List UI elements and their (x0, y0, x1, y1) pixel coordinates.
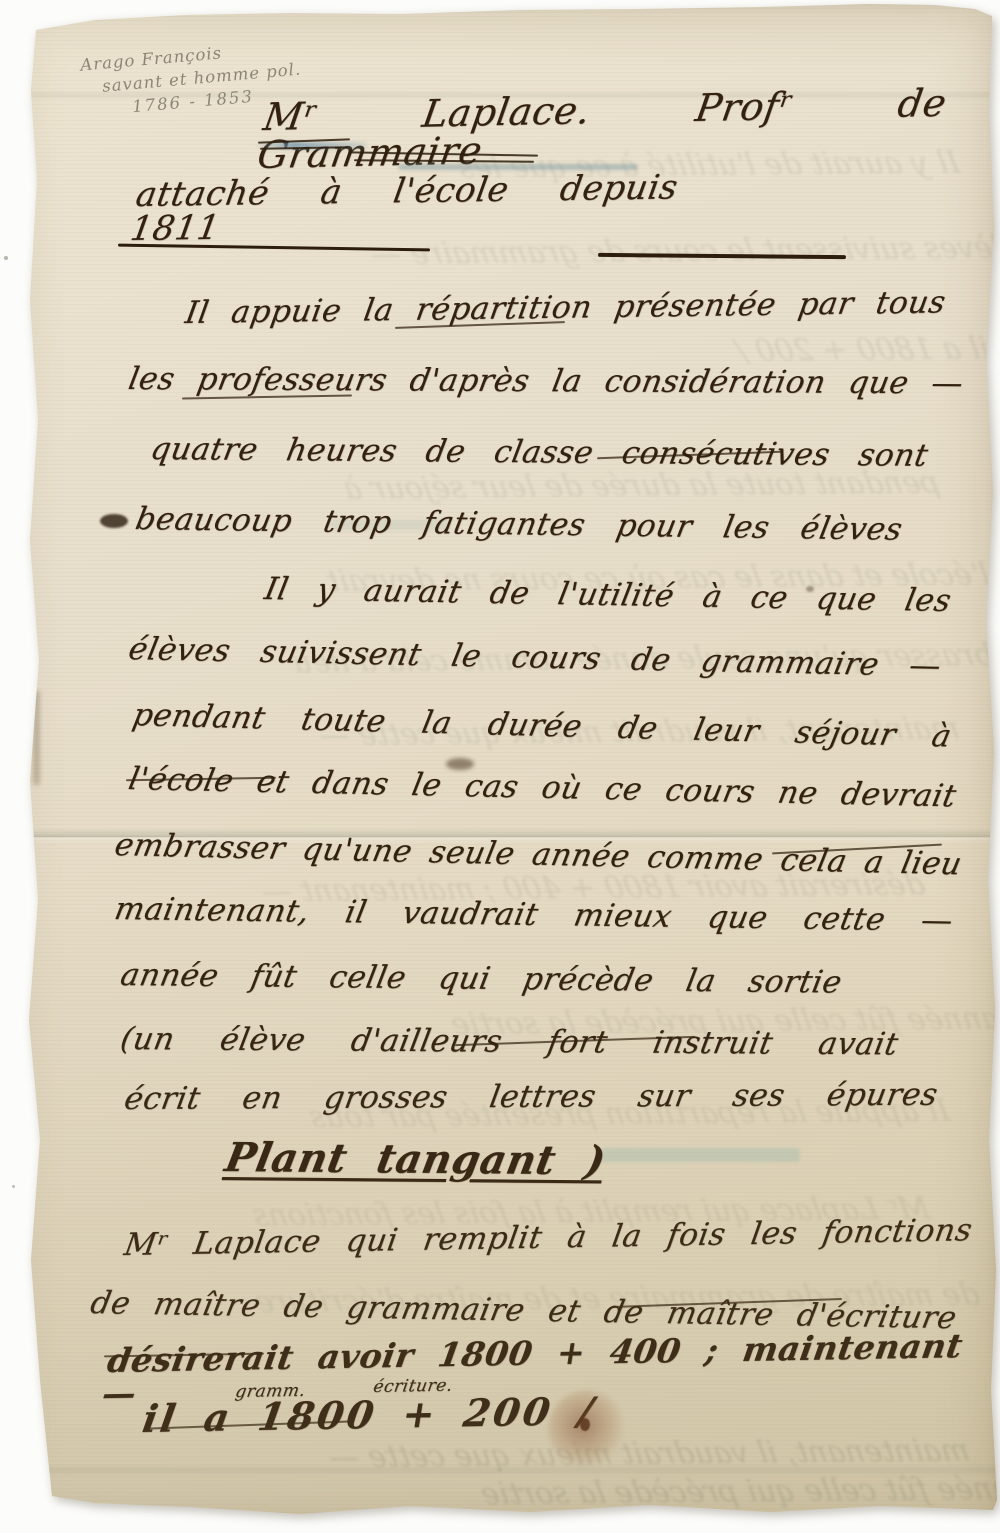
body-line: désirerait avoir 1800 + 400 ; maintenant… (100, 1329, 965, 1410)
pencil-line-3: 1786 - 1853 (131, 81, 304, 119)
body-line: quatre heures de classe consécutives son… (148, 434, 931, 472)
scanner-speck (12, 1185, 15, 1188)
ghost-bleedthrough-line: année fût celle qui précède la sortie (128, 1471, 1000, 1515)
ghost-bleedthrough-line: de maître de grammaire et de maître d'éc… (78, 1277, 983, 1321)
body-line: Il appuie la répartition présentée par t… (183, 287, 948, 329)
pencil-line-2: savant et homme pol. (101, 58, 302, 98)
blue-underline-laplace (398, 164, 638, 170)
paper-sheet: Il y aurait de l'utilité à ce que lesélè… (0, 0, 1000, 1533)
pen-stroke (455, 1036, 695, 1047)
scanner-speck (4, 256, 8, 260)
ink-blot-left-margin (100, 514, 128, 528)
body-line: élèves suivissent le cours de grammaire … (126, 634, 944, 682)
body-line: (un élève d'ailleurs fort instruit avait (118, 1024, 901, 1060)
bottom-stain (548, 1390, 626, 1468)
body-line: Il y aurait de l'utilité à ce que les (262, 574, 954, 617)
interlinear-label-gramm: gramm. (234, 1383, 307, 1401)
heading-rule-right (598, 253, 846, 259)
ghost-bleedthrough-line: maintenant, il vaudrait mieux que cette … (68, 1433, 973, 1477)
bottom-stain-core (580, 1418, 590, 1431)
ink-smudge-middle (446, 758, 474, 770)
quoted-inscription: Plant tangant ) (222, 1138, 609, 1181)
body-line: il a 1800 + 200 / (140, 1392, 599, 1438)
ghost-bleedthrough-line: Mʳ Laplace qui remplit à la fois les fon… (28, 1191, 933, 1235)
body-line: maintenant, il vaudrait mieux que cette … (112, 894, 956, 937)
title-line-2: attaché à l'école depuis 1811 (128, 170, 680, 246)
ink-speck (806, 586, 814, 592)
body-line: Mʳ Laplace qui remplit à la fois les fon… (122, 1215, 974, 1261)
blue-bleed-smudge-2 (330, 520, 450, 530)
ghost-bleedthrough-line: Il y aurait de l'utilité à ce que les (58, 145, 963, 189)
body-line: les professeurs d'après la considération… (126, 364, 966, 399)
fold-crease-bottom (0, 1464, 1000, 1476)
heading-rule-left (118, 244, 430, 252)
blue-bleed-smudge (600, 1148, 800, 1162)
ghost-bleedthrough-line: désirerait avoir 1800 + 400 ; maintenant… (23, 867, 928, 911)
edge-streak (33, 690, 40, 785)
pen-stroke (126, 777, 276, 782)
body-line: année fût celle qui précède la sortie (118, 960, 844, 999)
bleedthrough-layer: Il y aurait de l'utilité à ce que lesélè… (0, 0, 1000, 1533)
title-line-1: Mʳ Laplace. Profʳ de Grammaire (255, 84, 949, 174)
pencil-line-1: Arago François (79, 35, 300, 77)
ghost-bleedthrough-line: l'école et dans le cas où ce cours ne de… (88, 557, 993, 601)
ink-underline-mr-1 (258, 138, 350, 143)
ghost-bleedthrough-line: maintenant, il vaudrait mieux que cette … (58, 711, 963, 755)
body-line: embrasser qu'une seule année comme cela … (112, 830, 965, 880)
pen-stroke (104, 1353, 264, 1358)
ink-underline-mr-2 (260, 146, 348, 150)
body-line: l'école et dans le cas où ce cours ne de… (126, 764, 959, 812)
ghost-bleedthrough-line: Il appuie la répartition présentée par t… (48, 1093, 953, 1137)
fold-crease-middle (0, 828, 1000, 844)
ghost-bleedthrough-line: pendant toute la durée de leur séjour à (38, 465, 943, 509)
blue-underline-mr (255, 142, 367, 149)
body-line: écrit en grosses lettres sur ses épures (122, 1080, 940, 1115)
body-line: pendant toute la durée de leur séjour à (130, 700, 954, 753)
ghost-bleedthrough-line: embrasser qu'une seule année comme cela … (138, 637, 1000, 681)
pen-stroke (612, 1298, 842, 1308)
body-line: beaucoup trop fatigantes pour les élèves (133, 504, 905, 546)
paper-shadow: Il y aurait de l'utilité à ce que lesélè… (0, 0, 1000, 1533)
ghost-bleedthrough-line: il a 1800 + 200 / (88, 331, 993, 375)
pen-stroke (395, 321, 565, 329)
scanned-manuscript-page: Il y aurait de l'utilité à ce que lesélè… (0, 0, 1000, 1533)
pen-stroke (597, 451, 782, 460)
ink-underline-laplace-1 (350, 151, 538, 156)
body-line: de maître de grammaire et de maître d'éc… (88, 1288, 959, 1334)
fold-crease-top (0, 90, 1000, 100)
pen-stroke (772, 844, 942, 855)
interlinear-label-ecriture: écriture. (372, 1378, 454, 1396)
pencil-annotation: Arago François savant et homme pol. 1786… (79, 35, 304, 123)
ink-underline-laplace-2 (354, 159, 534, 163)
ghost-bleedthrough-line: élèves suivissent le cours de grammaire … (118, 230, 1000, 274)
ghost-bleedthrough-line: année fût celle qui précède la sortie (98, 1001, 1000, 1045)
pen-stroke (182, 395, 352, 400)
pen-stroke (150, 1421, 350, 1430)
